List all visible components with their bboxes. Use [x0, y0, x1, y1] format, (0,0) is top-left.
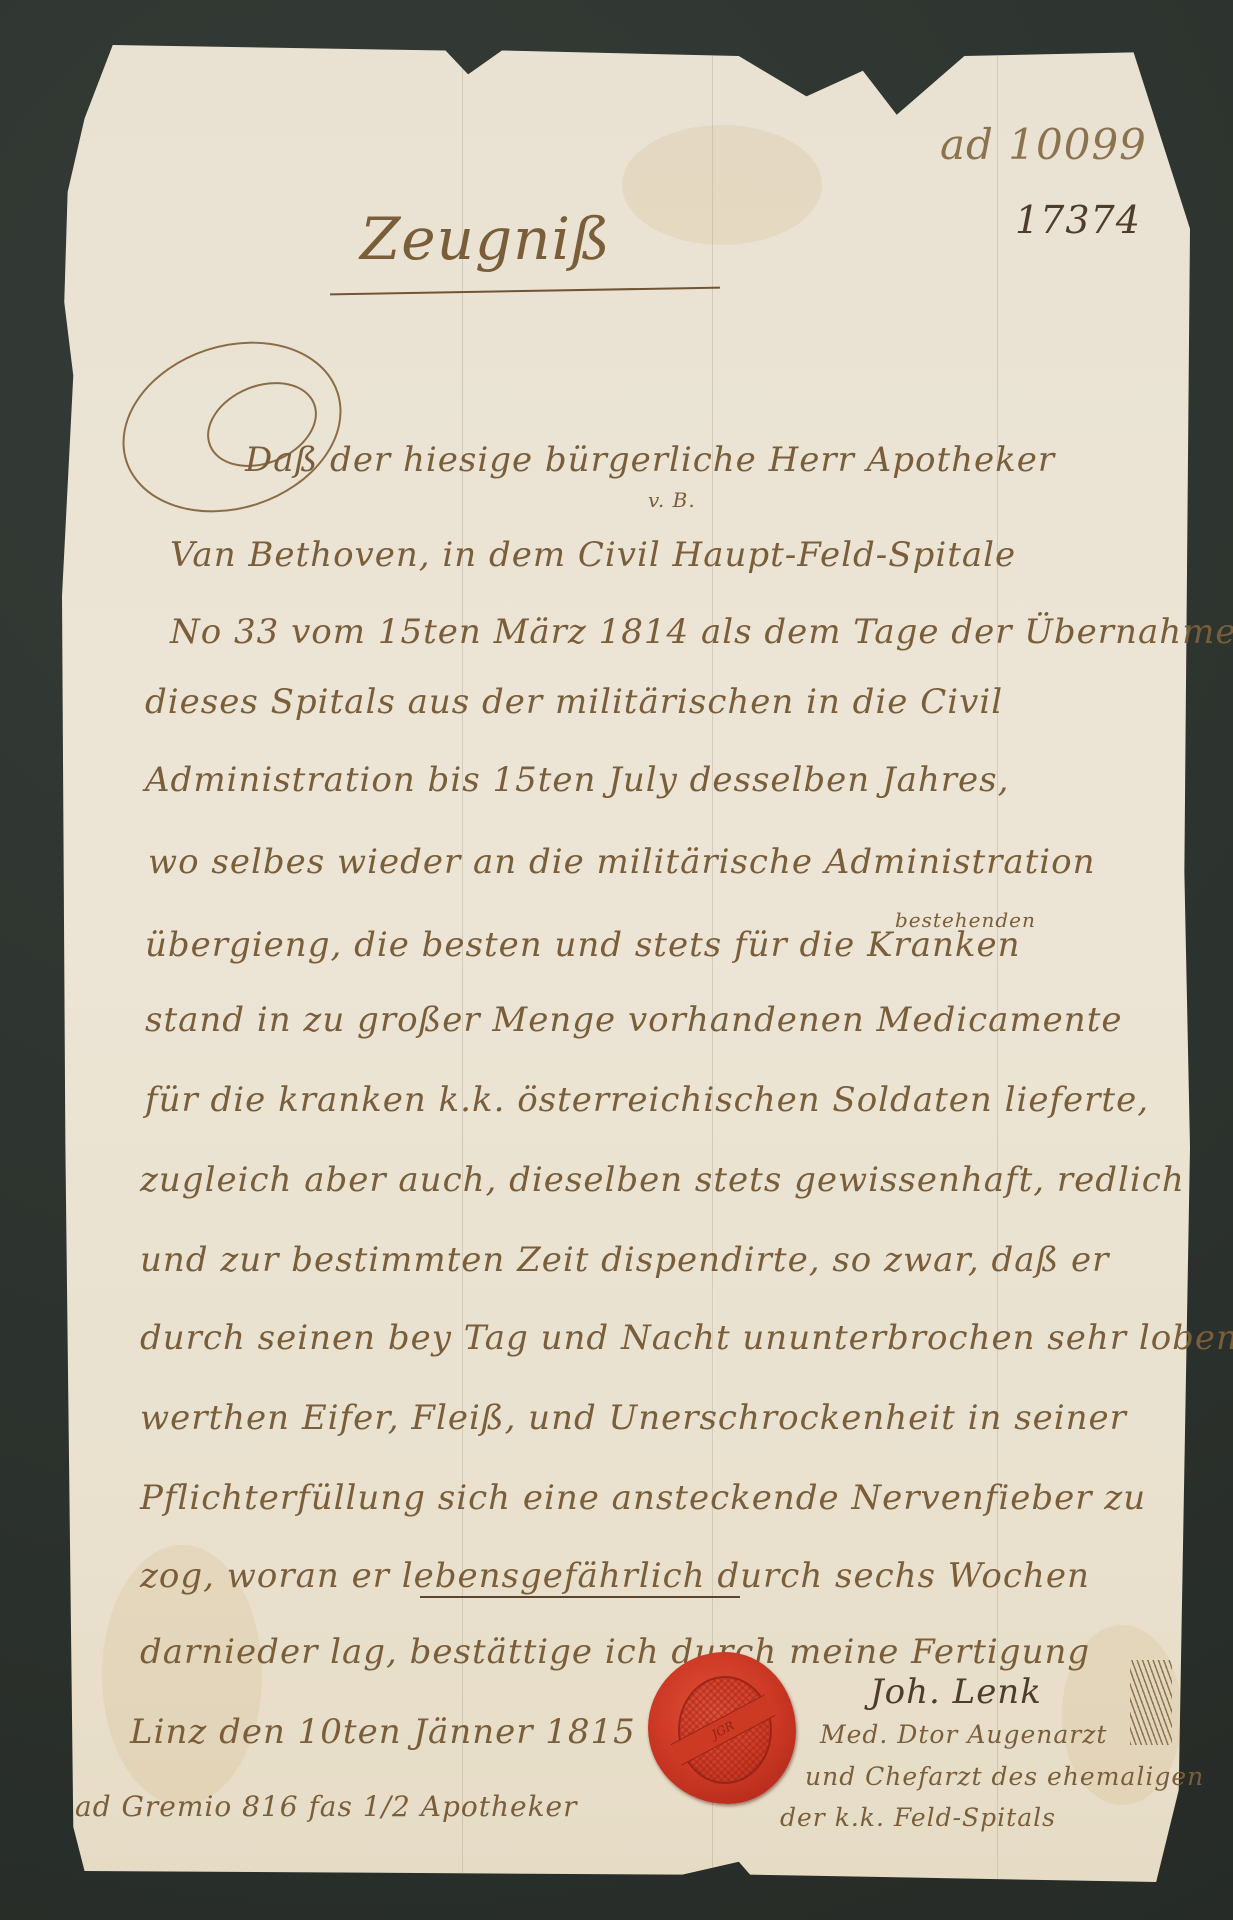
body-line: Administration bis 15ten July desselben …	[145, 760, 1009, 800]
body-line: Pflichterfüllung sich eine ansteckende N…	[140, 1478, 1146, 1518]
body-line: No 33 vom 15ten März 1814 als dem Tage d…	[170, 612, 1233, 652]
body-line: übergieng, die besten und stets für die …	[145, 925, 1021, 965]
underline-mark	[420, 1596, 740, 1598]
body-line: wo selbes wieder an die militärische Adm…	[148, 842, 1096, 882]
body-line: Daß der hiesige bürgerliche Herr Apothek…	[245, 440, 1055, 480]
body-line: zugleich aber auch, dieselben stets gewi…	[140, 1160, 1185, 1200]
body-line: werthen Eifer, Fleiß, und Unerschrockenh…	[140, 1398, 1127, 1438]
signature-name: Joh. Lenk	[870, 1672, 1042, 1712]
signature-flourish	[1130, 1660, 1172, 1745]
interlinear-note: v. B.	[648, 488, 696, 512]
body-line: Van Bethoven, in dem Civil Haupt-Feld-Sp…	[170, 535, 1016, 575]
footnote: ad Gremio 816 fas 1/2 Apotheker	[75, 1790, 578, 1823]
wax-seal: JGR	[648, 1652, 796, 1804]
signature-title: der k.k. Feld-Spitals	[780, 1803, 1056, 1832]
signature-title: Med. Dtor Augenarzt	[820, 1720, 1107, 1749]
date-line: Linz den 10ten Jänner 1815	[130, 1712, 636, 1752]
body-line: und zur bestimmten Zeit dispendirte, so …	[140, 1240, 1109, 1280]
body-line: stand in zu großer Menge vorhandenen Med…	[145, 1000, 1123, 1040]
body-line: zog, woran er lebensgefährlich durch sec…	[140, 1556, 1090, 1596]
document-heading: Zeugniß	[360, 205, 611, 273]
body-line: für die kranken k.k. österreichischen So…	[145, 1080, 1149, 1120]
body-line: darnieder lag, bestättige ich durch mein…	[140, 1632, 1090, 1672]
body-line: durch seinen bey Tag und Nacht ununterbr…	[140, 1318, 1233, 1358]
body-line: dieses Spitals aus der militärischen in …	[145, 682, 1003, 722]
archive-reference: ad 10099	[940, 120, 1147, 169]
signature-title: und Chefarzt des ehemaligen	[805, 1762, 1204, 1791]
paper-stain	[622, 125, 822, 245]
archive-number: 17374	[1015, 198, 1141, 242]
